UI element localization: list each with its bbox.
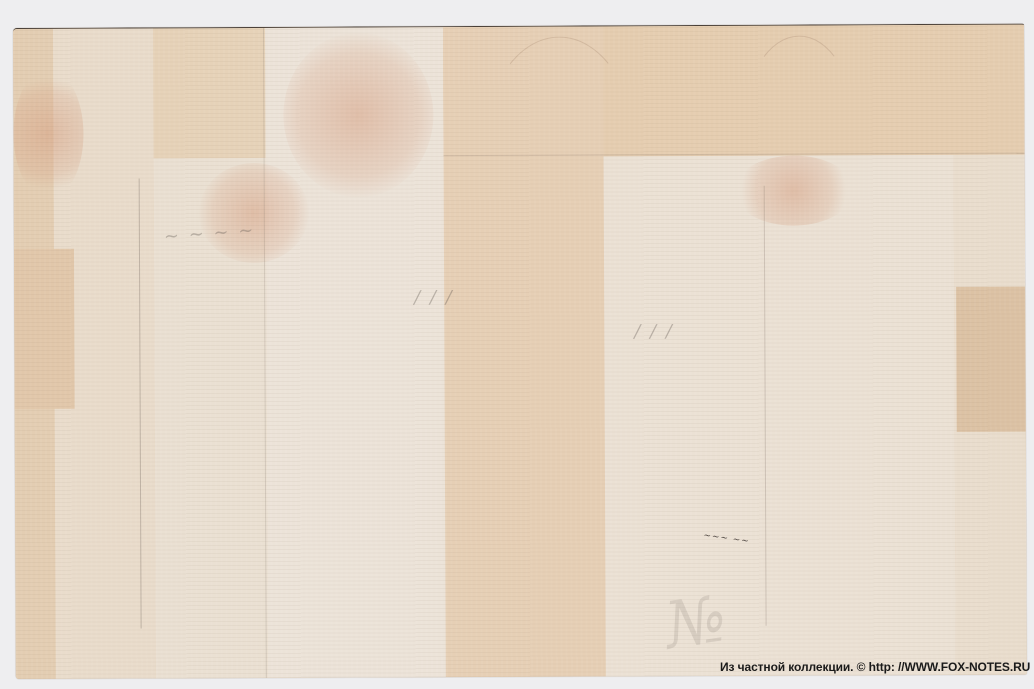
red-stain-left-edge: [13, 69, 84, 199]
faint-numeral-bleedthrough: №: [661, 582, 732, 664]
watermark-arc-left: [483, 36, 636, 259]
paper-patch-left: [14, 249, 75, 409]
faint-handwriting-2: / / /: [414, 287, 454, 308]
collection-caption: Из частной коллекции. © http: //WWW.FOX-…: [720, 660, 1030, 674]
red-stain-small: [199, 163, 309, 263]
paper-patch-right: [956, 287, 1026, 432]
paper-band-right-middle: [604, 155, 956, 677]
red-seal-stain: [283, 32, 434, 198]
watermark-arc-right: [743, 35, 856, 217]
banknote-reverse: ~ ~ ~ ~ / / / / / / ~~~ ~~ №: [13, 24, 1027, 679]
faint-handwriting-3: / / /: [634, 321, 674, 342]
